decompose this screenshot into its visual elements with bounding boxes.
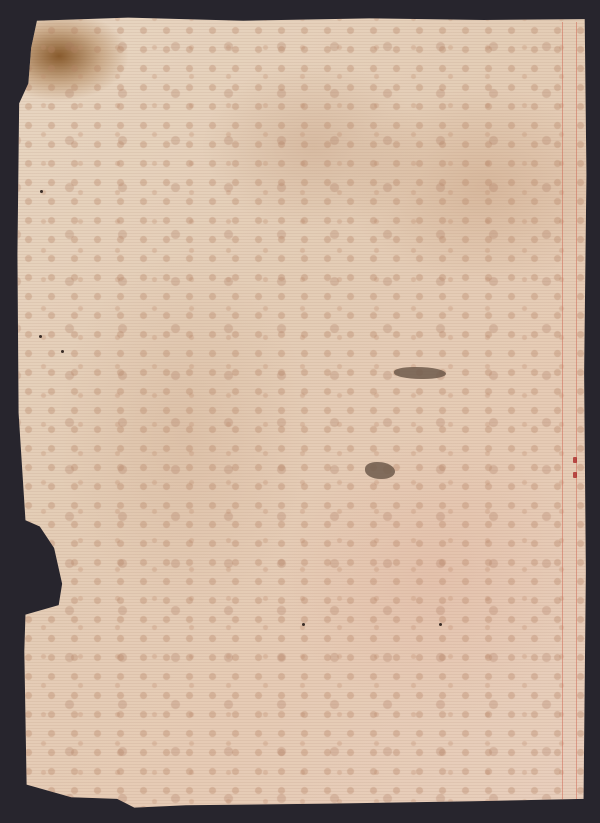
red-margin-line-outer: [576, 22, 577, 802]
red-margin-line-inner: [562, 22, 563, 802]
red-ink-mark: [573, 457, 577, 463]
foxing-spots: [14, 16, 587, 810]
ink-speck: [439, 623, 442, 626]
dark-blot-lower: [365, 462, 395, 479]
ink-speck: [302, 623, 305, 626]
red-ink-mark: [573, 472, 577, 478]
ink-speck: [61, 350, 64, 353]
ink-speck: [40, 190, 43, 193]
ink-speck: [39, 335, 42, 338]
dark-blot-upper: [394, 367, 446, 379]
antique-paper-sheet: [14, 16, 587, 810]
